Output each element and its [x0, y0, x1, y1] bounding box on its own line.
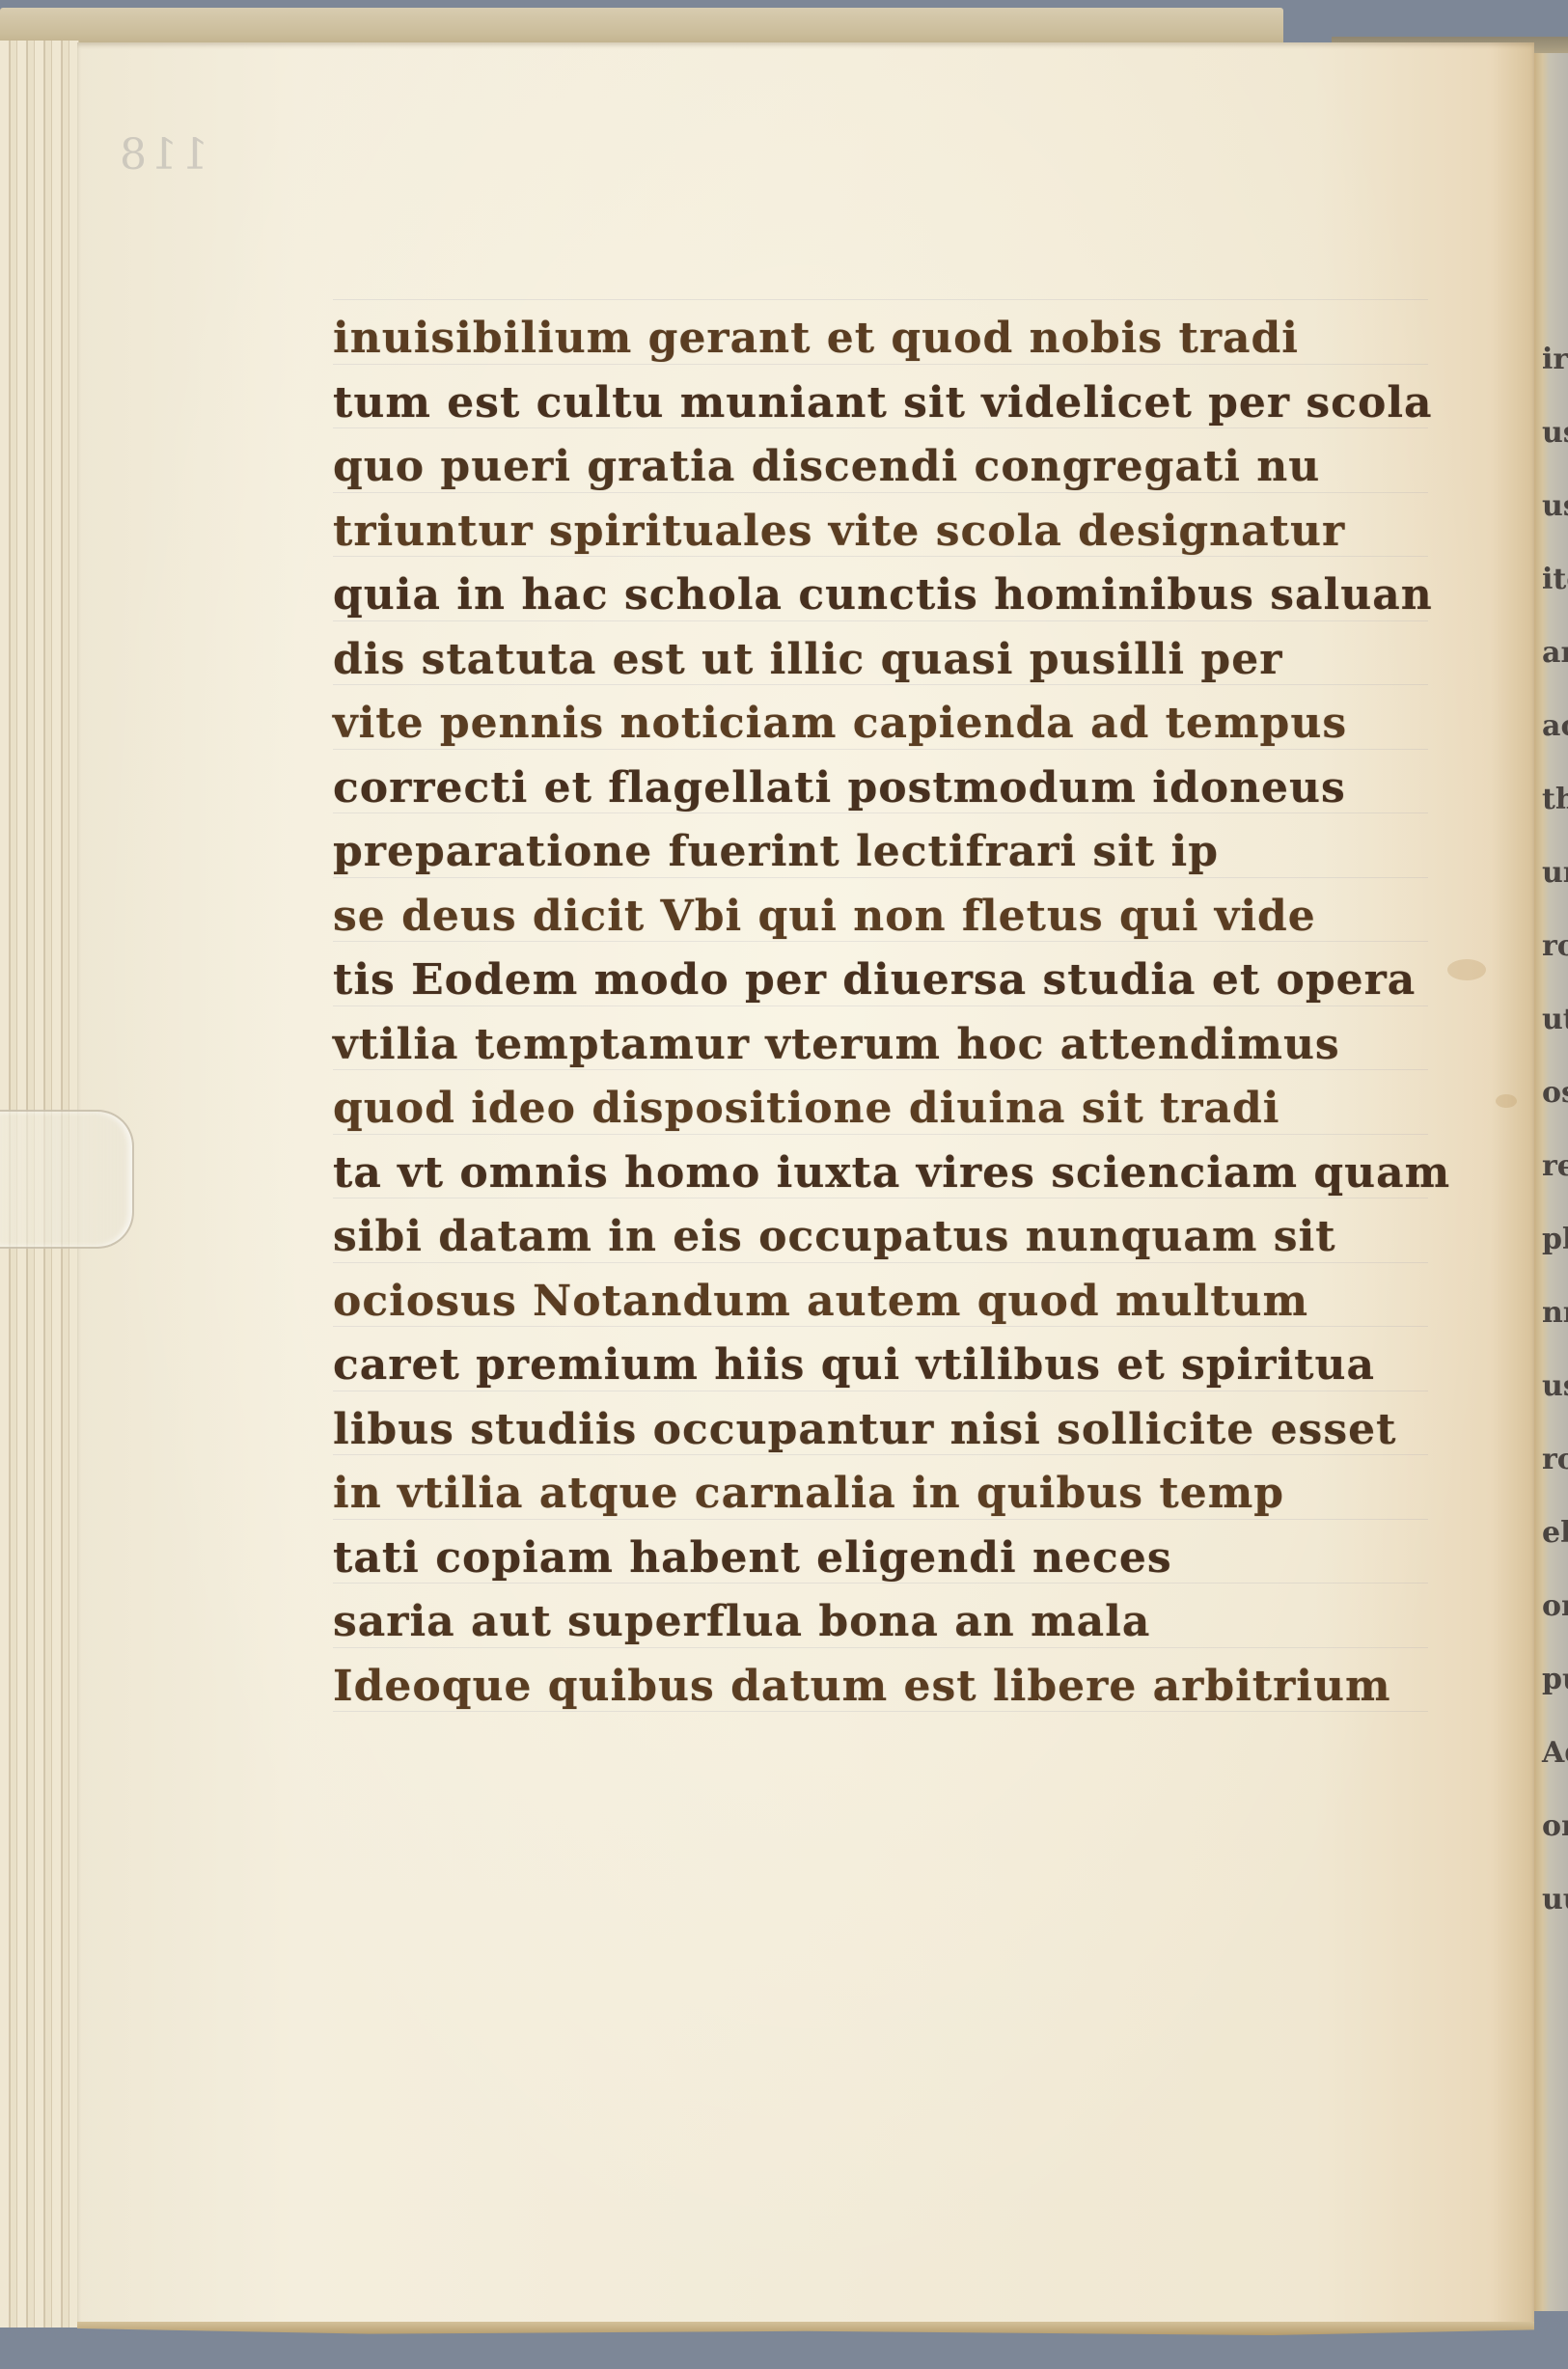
facing-page-text-fragment: ther: [1542, 783, 1568, 816]
facing-page-text-fragment: re qs: [1542, 1149, 1568, 1183]
facing-page-text-fragment: usto: [1542, 1369, 1568, 1403]
facing-page-text-fragment: us a: [1542, 489, 1568, 523]
facing-page-text-fragment: unto: [1542, 856, 1568, 890]
text-line: dis statuta est ut illic quasi pusilli p…: [333, 628, 1433, 693]
facing-page-text-fragment: us s: [1542, 416, 1568, 450]
text-line: se deus dicit Vbi qui non fletus qui vid…: [333, 885, 1433, 950]
facing-page-text-fragment: ros a: [1542, 929, 1568, 963]
facing-page-text-fragment: utes: [1542, 1003, 1568, 1036]
text-line: quod ideo dispositione diuina sit tradi: [333, 1077, 1433, 1142]
facing-page-text-fragment: pher: [1542, 1223, 1568, 1256]
text-line: quo pueri gratia discendi congregati nu: [333, 435, 1433, 500]
facing-page-text-fragment: nna f: [1542, 1296, 1568, 1330]
facing-page-text-fragment: roce: [1542, 1443, 1568, 1476]
text-line: vite pennis noticiam capienda ad tempus: [333, 692, 1433, 757]
folio-number: 118: [116, 130, 208, 179]
text-line: in vtilia atque carnalia in quibus temp: [333, 1462, 1433, 1527]
facing-page-text-fragment: ellig: [1542, 1516, 1568, 1550]
text-line: ta vt omnis homo iuxta vires scienciam q…: [333, 1142, 1433, 1206]
transparent-page-clip: [0, 1110, 134, 1249]
text-line: vtilia temptamur vterum hoc attendimus: [333, 1013, 1433, 1078]
text-line: ociosus Notandum autem quod multum: [333, 1270, 1433, 1335]
text-line: tis Eodem modo per diuersa studia et ope…: [333, 949, 1433, 1013]
ruling-line: [333, 299, 1428, 300]
facing-page-text-fragment: os et: [1542, 1076, 1568, 1110]
text-line: inuisibilium gerant et quod nobis tradi: [333, 307, 1433, 372]
text-line: tum est cultu muniant sit videlicet per …: [333, 372, 1433, 436]
text-block: inuisibilium gerant et quod nobis tradi …: [333, 307, 1433, 1719]
text-line: correcti et flagellati postmodum idoneus: [333, 757, 1433, 821]
stain: [1447, 959, 1486, 980]
facing-page-text-fragment: aoss: [1542, 709, 1568, 743]
facing-page-text-fragment: Adu: [1542, 1736, 1568, 1770]
text-line: Ideoque quibus datum est libere arbitriu…: [333, 1655, 1433, 1720]
facing-page-text-fragment: pub: [1542, 1663, 1568, 1696]
facing-page-edge: iritus sus aiteram eaosstheruntoros aute…: [1534, 53, 1568, 2311]
facing-page-text-fragment: uub: [1542, 1883, 1568, 1916]
facing-page-text-fragment: iter: [1542, 563, 1568, 596]
text-line: libus studiis occupantur nisi sollicite …: [333, 1398, 1433, 1463]
facing-page-text-fragment: ong: [1542, 1809, 1568, 1843]
facing-page-text-fragment: irit: [1542, 343, 1568, 376]
text-line: saria aut superflua bona an mala: [333, 1590, 1433, 1655]
text-line: caret premium hiis qui vtilibus et spiri…: [333, 1334, 1433, 1398]
stain: [1496, 1094, 1517, 1108]
text-line: triuntur spirituales vite scola designat…: [333, 500, 1433, 565]
text-line: preparatione fuerint lectifrari sit ip: [333, 820, 1433, 885]
text-line: tati copiam habent eligendi neces: [333, 1527, 1433, 1591]
text-line: sibi datam in eis occupatus nunquam sit: [333, 1205, 1433, 1270]
facing-page-text-fragment: ong: [1542, 1589, 1568, 1623]
facing-page-text-fragment: am e: [1542, 636, 1568, 670]
text-line: quia in hac schola cunctis hominibus sal…: [333, 564, 1433, 628]
